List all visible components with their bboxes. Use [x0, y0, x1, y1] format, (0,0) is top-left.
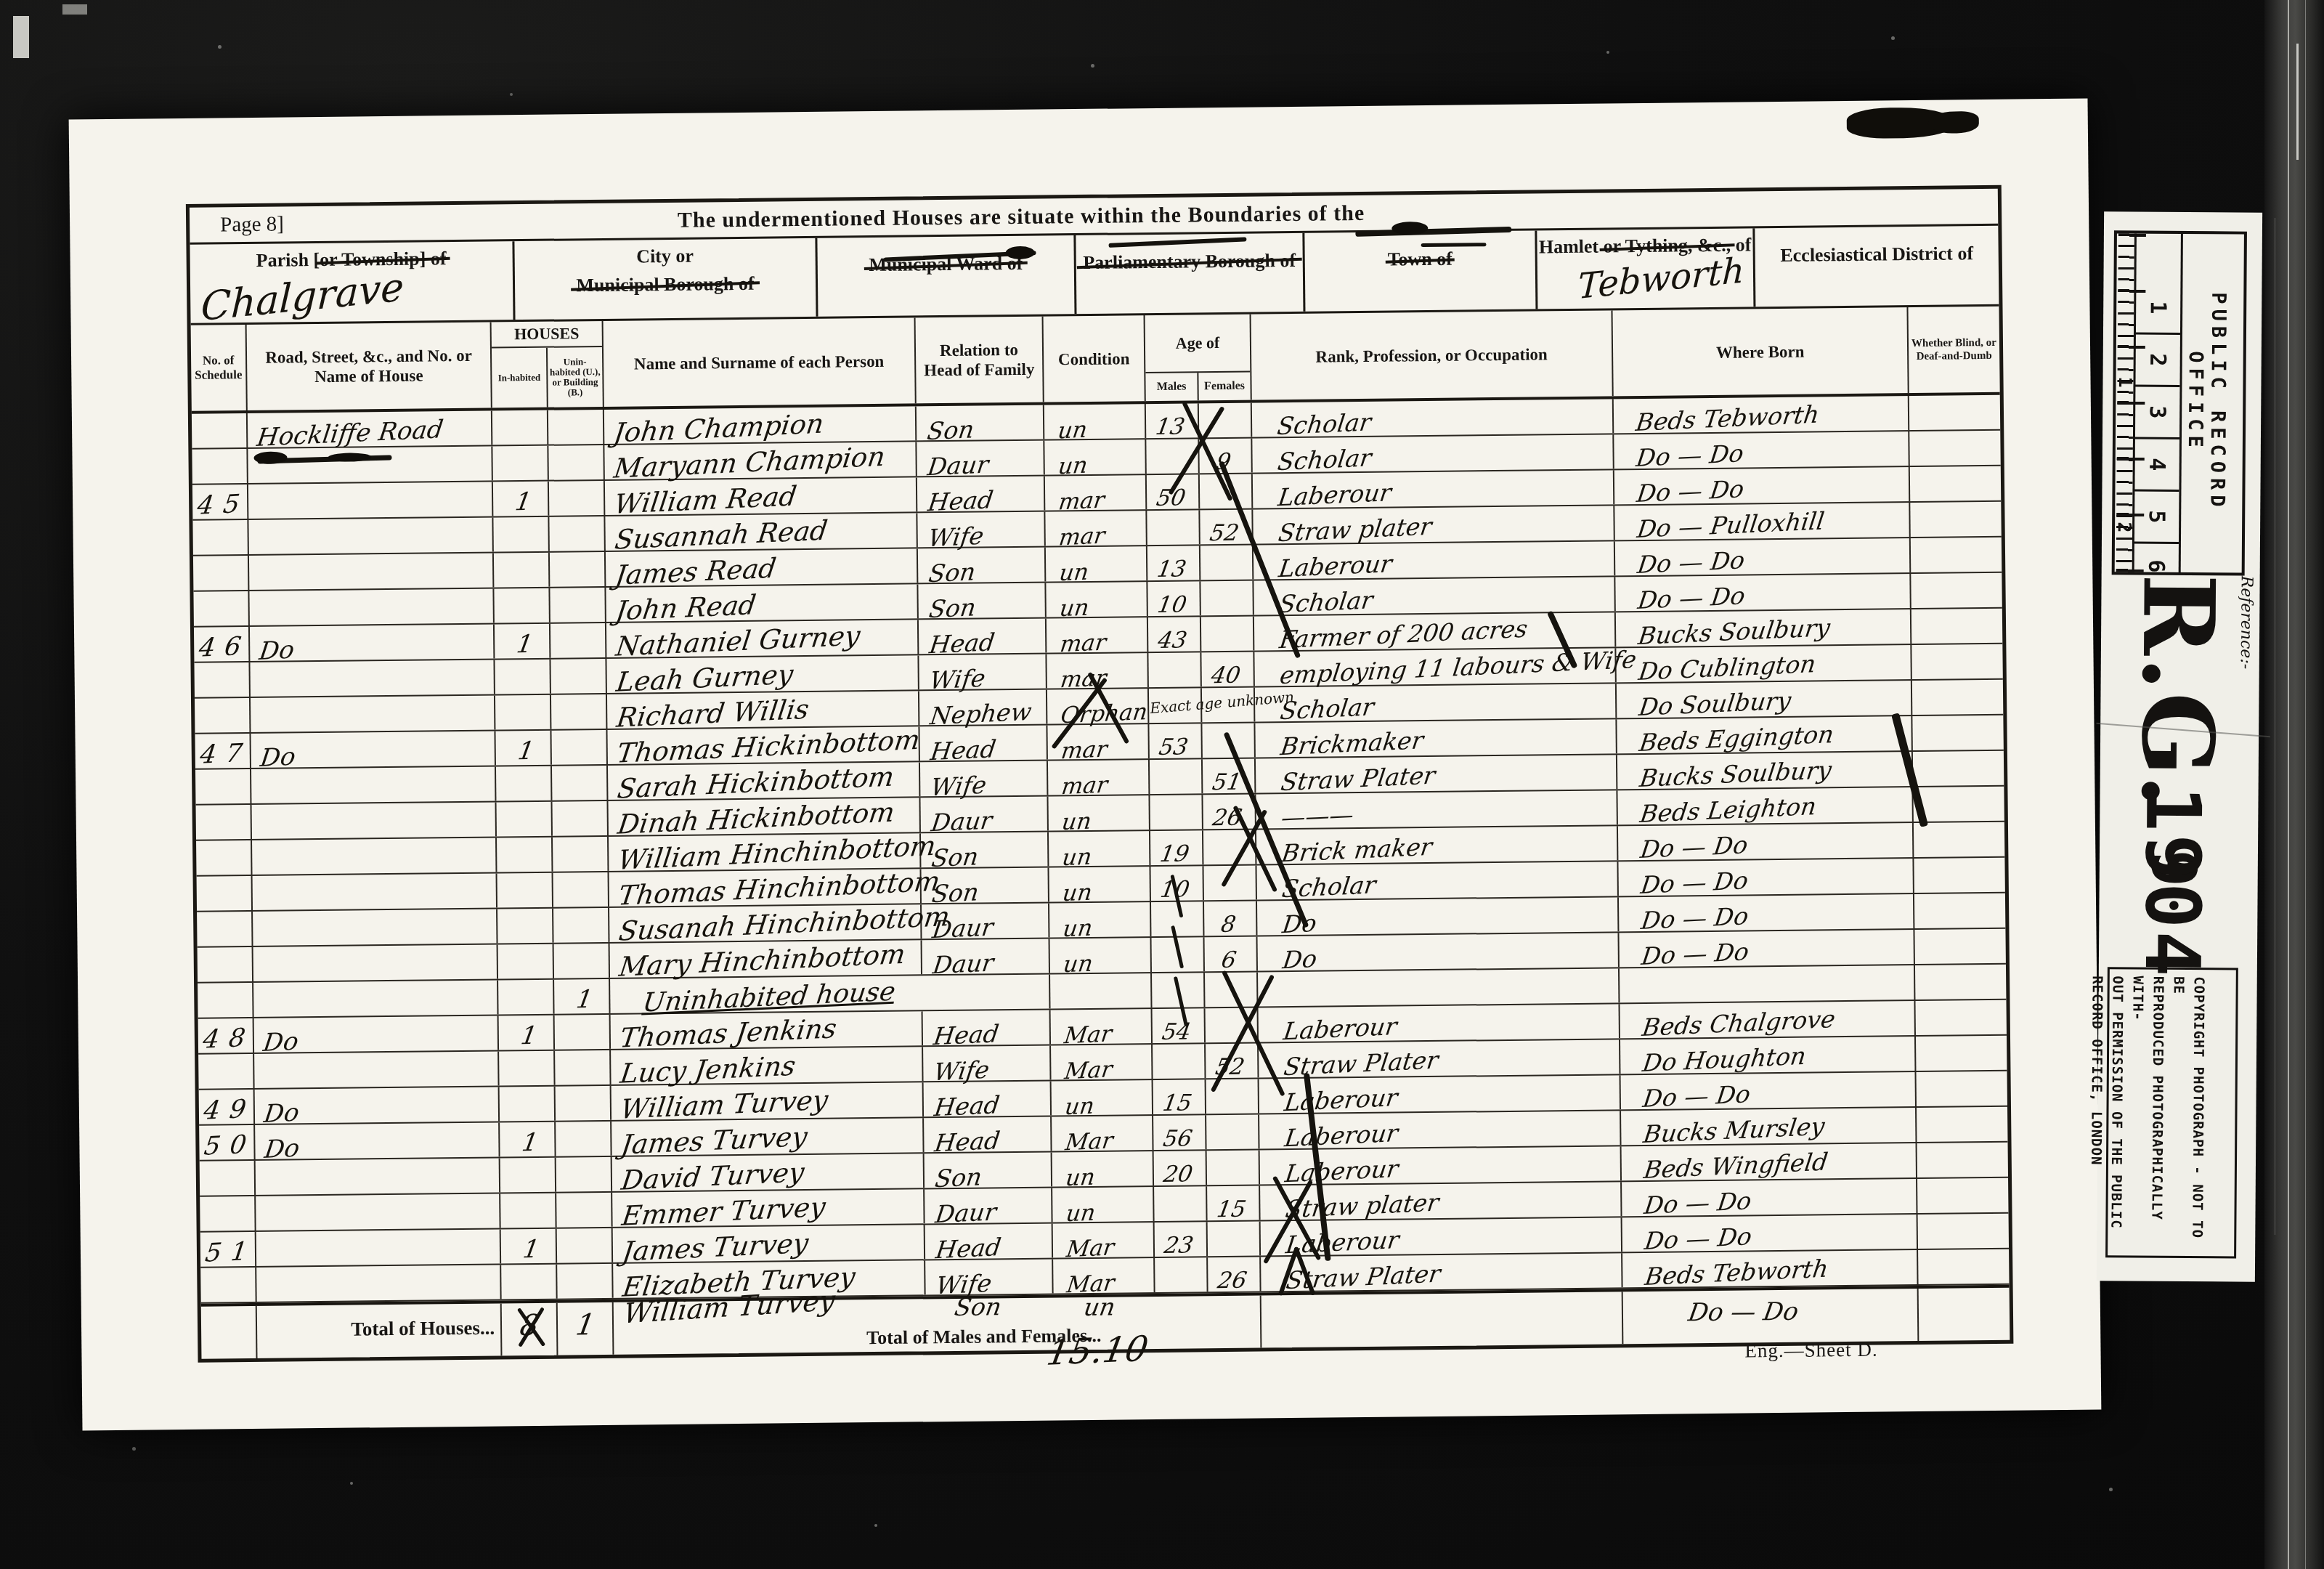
- cell-rel: Head: [917, 477, 1045, 512]
- cell-s: [197, 876, 253, 911]
- cell-c: Mar: [1052, 1116, 1153, 1151]
- cell-rel: Head: [924, 1082, 1052, 1117]
- cell-i: [497, 802, 553, 837]
- entry-u: 1: [574, 985, 594, 1014]
- boundary-city: City or Municipal Borough of: [514, 238, 818, 320]
- cell-n: Mary Hinchinbottom: [610, 940, 922, 978]
- cell-b: Do Soulbury: [1617, 681, 1912, 718]
- entry-b: Do — Do: [1641, 1079, 1752, 1113]
- cell-r: [252, 802, 497, 839]
- totals-males-females-label: Total of Males and Females...: [866, 1325, 1102, 1349]
- entry-s: 45: [195, 490, 251, 521]
- entry-b: Bucks Mursley: [1642, 1112, 1827, 1148]
- entry-c: Mar: [1063, 1056, 1114, 1084]
- cell-o: Straw Plater: [1256, 755, 1617, 792]
- census-sheet: Page 8] The undermentioned Houses are si…: [69, 98, 2102, 1430]
- cell-s: 45: [192, 485, 248, 519]
- entry-m: 56: [1161, 1125, 1194, 1151]
- cell-c: un: [1052, 1080, 1153, 1115]
- cell-x: [1909, 395, 2000, 430]
- entry-c: mar: [1058, 629, 1108, 657]
- film-notch: [13, 16, 29, 58]
- entry-o: Scholar: [1277, 585, 1375, 618]
- cell-c: un: [1044, 404, 1146, 439]
- entry-f: 26: [1216, 1268, 1248, 1294]
- cell-s: [200, 1196, 256, 1231]
- cell-f: [1208, 1222, 1261, 1257]
- cell-b: Beds Leighton: [1617, 787, 1913, 824]
- cell-n: Emmer Turvey: [612, 1189, 925, 1227]
- cell-m: [1153, 1044, 1206, 1079]
- cell-o: Laberour: [1259, 1004, 1620, 1042]
- cell-n: William Turvey: [612, 1082, 924, 1120]
- cell-x: [1917, 1178, 2008, 1213]
- cell-r: [253, 980, 498, 1017]
- boundary-ecclesiastical: Ecclesiastical District of: [1755, 226, 1999, 307]
- overflow-relation: Son: [953, 1292, 1004, 1321]
- cell-rel: Head: [925, 1223, 1053, 1259]
- entry-o: Straw plater: [1277, 512, 1434, 548]
- cell-n: Nathaniel Gurney: [606, 620, 919, 657]
- cell-n: William Read: [605, 477, 917, 515]
- class-reference: R.G.9: [2104, 573, 2236, 821]
- cell-o: Straw plater: [1260, 1182, 1622, 1220]
- cell-c: Mar: [1051, 1045, 1153, 1079]
- col-schedule: No. of Schedule: [191, 325, 248, 411]
- boundary-town: Town of: [1304, 230, 1537, 311]
- col-occupation: Rank, Profession, or Occupation: [1251, 310, 1614, 400]
- cell-rel: Son: [921, 832, 1049, 868]
- cell-s: [196, 840, 252, 875]
- col-age: Age of Males Females: [1145, 315, 1252, 402]
- cell-b: Do — Do: [1615, 538, 1911, 575]
- ruler-inch-1: 1: [2115, 373, 2136, 392]
- cell-r: Hockliffe Road: [248, 411, 492, 448]
- cell-u: [549, 481, 605, 516]
- cell-i: [496, 766, 552, 801]
- cell-r: [253, 944, 498, 981]
- cell-i: [492, 446, 548, 481]
- cell-u: [553, 908, 609, 943]
- cell-x: [1914, 822, 2004, 857]
- cell-i: 1: [500, 1122, 556, 1157]
- cell-n: John Champion: [604, 406, 917, 444]
- entry-b: Do Houghton: [1641, 1042, 1808, 1077]
- entry-b: Do — Do: [1639, 866, 1750, 899]
- cell-i: [497, 873, 553, 908]
- copyright-line: OUT PERMISSION OF THE PUBLIC: [2105, 976, 2128, 1252]
- cell-x: [1918, 1249, 2009, 1284]
- entry-c: un: [1061, 880, 1094, 907]
- cell-x: [1916, 1071, 2007, 1106]
- cell-r: [249, 554, 494, 591]
- cell-x: [1917, 1143, 2008, 1177]
- cell-b: Do — Do: [1618, 859, 1914, 896]
- cell-c: mar: [1047, 724, 1149, 759]
- entry-o: Scholar: [1275, 408, 1373, 440]
- col-condition: Condition: [1044, 315, 1146, 402]
- entry-f: 15: [1215, 1196, 1248, 1223]
- entry-s: 48: [201, 1023, 256, 1055]
- cell-r: [254, 1051, 499, 1088]
- cell-c: un: [1044, 439, 1146, 474]
- entry-n: John Read: [614, 589, 758, 627]
- cell-o: Scholar: [1252, 434, 1614, 472]
- entry-rel: Head: [932, 1019, 1001, 1050]
- cell-n: Lucy Jenkins: [611, 1047, 923, 1084]
- cell-u: [555, 1015, 611, 1050]
- cell-u: [548, 410, 604, 445]
- entry-m: 54: [1160, 1018, 1193, 1045]
- cell-f: 26: [1203, 795, 1256, 830]
- entry-o: Laberour: [1277, 549, 1394, 583]
- entry-o: Scholar: [1278, 692, 1376, 725]
- cell-s: [194, 662, 250, 697]
- cell-f: [1206, 1115, 1259, 1150]
- col-road: Road, Street, &c., and No. or Name of Ho…: [247, 323, 492, 411]
- cell-rel: Head: [923, 1010, 1051, 1046]
- entry-o: Brick maker: [1280, 832, 1434, 867]
- cell-u: [553, 872, 609, 907]
- cell-u: [556, 1193, 612, 1228]
- pen-stroke: [1421, 243, 1487, 247]
- cell-r: Do: [251, 731, 495, 768]
- col-houses: HOUSES In-habited Unin-habited (U.), or …: [492, 321, 604, 408]
- cell-b: Beds Wingfield: [1622, 1143, 1917, 1180]
- cell-i: [494, 588, 550, 623]
- entry-rel: Son: [925, 415, 975, 445]
- cell-i: [500, 1087, 556, 1122]
- cell-rel: Daur: [920, 797, 1048, 832]
- cell-r: Do: [250, 625, 495, 662]
- boundary-hamlet: Hamlet or Tything, &c., of Tebworth: [1537, 228, 1755, 309]
- entry-rel: Wife: [927, 522, 986, 552]
- cell-i: [495, 660, 550, 694]
- cell-c: un: [1046, 546, 1147, 581]
- cell-n: James Turvey: [613, 1225, 925, 1262]
- cell-i: [500, 1193, 556, 1228]
- cell-f: 40: [1201, 652, 1254, 687]
- cell-rel: Head: [924, 1117, 1052, 1153]
- entry-b: Beds Tebworth: [1634, 400, 1821, 437]
- entry-s: 49: [202, 1095, 257, 1126]
- entry-rel: Head: [927, 628, 996, 659]
- piece-number: 1904: [2122, 785, 2218, 975]
- cell-o: Scholar: [1254, 577, 1615, 615]
- cell-o: Brick maker: [1256, 826, 1618, 864]
- cell-u: [551, 694, 607, 729]
- cell-m: 23: [1155, 1222, 1208, 1257]
- entry-b: Bucks Soulbury: [1638, 755, 1833, 792]
- cell-n: James Read: [606, 548, 918, 586]
- record-office-strip: 1 2 1 2 3 4 5 6 PUBLIC RECORD OFFICE Ref…: [2097, 211, 2262, 1281]
- cell-i: 1: [495, 731, 551, 766]
- ink-blot: [1928, 111, 1979, 134]
- entry-o: Straw Plater: [1279, 761, 1437, 797]
- cell-n: John Read: [606, 584, 918, 622]
- entry-o: Laberour: [1283, 1119, 1400, 1152]
- cell-o: Straw Plater: [1259, 1039, 1620, 1077]
- cell-s: 48: [198, 1018, 254, 1053]
- cell-n: Leah Gurney: [606, 655, 919, 693]
- entry-c: un: [1056, 417, 1089, 445]
- cell-r: [250, 660, 495, 697]
- cell-o: Scholar: [1252, 399, 1614, 437]
- cell-i: 1: [493, 482, 549, 516]
- cell-i: [500, 1158, 556, 1193]
- entry-o: Scholar: [1276, 443, 1373, 476]
- entry-f: 40: [1209, 662, 1242, 689]
- cell-u: [550, 659, 606, 694]
- ruler-cm-5: 5: [2143, 494, 2169, 539]
- cell-x: [1918, 1214, 2009, 1249]
- cell-r: [249, 589, 494, 626]
- cell-u: [551, 730, 607, 765]
- cell-f: [1201, 617, 1254, 652]
- parish-value: Chalgrave: [200, 264, 405, 330]
- entry-rel: Nephew: [928, 697, 1033, 730]
- cell-m: 10: [1147, 581, 1200, 616]
- cell-n: Sarah Hickinbottom: [608, 762, 920, 800]
- cell-o: Scholar: [1256, 861, 1618, 899]
- cell-b: Do — Do: [1614, 467, 1910, 504]
- entry-b: Do — Do: [1635, 474, 1745, 508]
- cell-x: [1910, 502, 2001, 537]
- entry-i: 1: [519, 1128, 540, 1157]
- cell-c: mar: [1048, 760, 1150, 795]
- cell-f: 8: [1204, 901, 1257, 936]
- cell-rel: Nephew: [919, 690, 1047, 726]
- entry-m: 23: [1162, 1232, 1195, 1258]
- entry-s: 47: [198, 739, 253, 770]
- entry-s: 46: [197, 632, 252, 663]
- entry-o: Farmer of 200 acres: [1277, 615, 1529, 654]
- cell-c: mar: [1045, 511, 1147, 546]
- microfilm-scan: Page 8] The undermentioned Houses are si…: [0, 0, 2324, 1569]
- col-born: Where Born: [1612, 307, 1909, 396]
- entry-c: Mar: [1064, 1127, 1115, 1156]
- cell-u: [556, 1157, 612, 1192]
- cell-u: [548, 445, 604, 480]
- cell-s: 46: [194, 627, 250, 662]
- cell-b: Do — Do: [1619, 930, 1914, 967]
- cell-u: [549, 516, 605, 551]
- cell-m: 15: [1153, 1079, 1206, 1114]
- entry-b: Do — Do: [1636, 581, 1747, 615]
- cell-x: [1911, 609, 2002, 644]
- cell-s: [198, 983, 253, 1018]
- cell-rel: Wife: [919, 654, 1047, 690]
- cell-rel: Wife: [923, 1046, 1051, 1082]
- overflow-condition: un: [1082, 1293, 1118, 1322]
- entry-r: Do: [258, 636, 296, 666]
- cell-o: Laberour: [1253, 470, 1614, 508]
- cell-n: Richard Willis: [607, 691, 919, 729]
- col-relation: Relation to Head of Family: [916, 317, 1044, 404]
- copyright-text: COPYRIGHT PHOTOGRAPH - NOT TO BE REPRODU…: [2120, 976, 2209, 1252]
- entry-c: un: [1062, 915, 1094, 943]
- cell-rel: Son: [918, 548, 1046, 583]
- cell-b: Do — Do: [1615, 574, 1911, 611]
- entry-b: Do — Do: [1638, 830, 1749, 864]
- col-blind: Whether Blind, or Deaf-and-Dumb: [1908, 307, 1999, 393]
- entry-rel: Wife: [930, 771, 988, 801]
- entry-r: Do: [259, 742, 297, 773]
- cell-rel: Son: [925, 1153, 1052, 1188]
- entry-i: 1: [513, 487, 533, 516]
- entry-c: mar: [1057, 523, 1107, 551]
- age-label: Age of: [1145, 315, 1251, 374]
- cell-c: un: [1048, 795, 1150, 830]
- entry-rel: Wife: [933, 1055, 991, 1086]
- houses-label: HOUSES: [492, 321, 602, 349]
- cell-i: 1: [495, 624, 550, 659]
- cell-s: 51: [200, 1232, 256, 1267]
- class-label: R.G.: [2119, 573, 2236, 810]
- entry-rel: Wife: [928, 664, 987, 694]
- entry-c: mar: [1060, 736, 1109, 764]
- cell-b: Do — Do: [1622, 1215, 1918, 1252]
- entry-c: un: [1063, 1092, 1096, 1120]
- cell-m: 54: [1153, 1008, 1206, 1043]
- entry-m: 15: [1161, 1090, 1193, 1116]
- cell-o: Do: [1257, 933, 1619, 970]
- entry-o: employing 11 labours & Wife: [1278, 645, 1638, 689]
- cell-u: [556, 1086, 612, 1121]
- entry-m: 13: [1153, 414, 1186, 440]
- cell-i: [499, 1051, 555, 1086]
- cell-s: [200, 1268, 256, 1302]
- entry-m: 19: [1158, 840, 1191, 867]
- cell-f: [1200, 546, 1254, 580]
- entry-o: Laberour: [1282, 1012, 1399, 1045]
- cell-m: [1148, 652, 1201, 687]
- cell-f: 6: [1204, 937, 1257, 972]
- cell-u: [557, 1228, 613, 1263]
- cell-c: mar: [1047, 653, 1148, 688]
- cell-b: Beds Chalgrove: [1620, 1001, 1915, 1038]
- cell-b: Do — Do: [1621, 1072, 1917, 1109]
- town-struck: Town of: [1387, 247, 1452, 272]
- entry-rel: Head: [934, 1233, 1003, 1264]
- cell-n: James Turvey: [612, 1118, 924, 1156]
- entry-r: Do: [263, 1134, 301, 1164]
- cell-x: [1913, 787, 2004, 822]
- cell-x: [1909, 431, 2000, 466]
- entry-o: Laberour: [1283, 1083, 1399, 1116]
- copyright-line: REPRODUCED PHOTOGRAPHICALLY WITH-: [2126, 976, 2169, 1252]
- cell-b: Do Houghton: [1620, 1037, 1916, 1074]
- entry-c: un: [1065, 1199, 1097, 1227]
- cell-m: [1150, 795, 1203, 830]
- entry-b: Do — Do: [1643, 1186, 1753, 1220]
- cell-rel: Daur: [917, 441, 1044, 477]
- cell-r: [248, 518, 493, 555]
- cell-c: un: [1052, 1151, 1154, 1186]
- cell-b: Beds Tebworth: [1622, 1250, 1918, 1287]
- cell-b: Beds Eggington: [1617, 716, 1912, 753]
- cell-i: [493, 517, 549, 552]
- cell-n: David Turvey: [612, 1154, 925, 1191]
- cell-u: [550, 588, 606, 623]
- cell-s: [197, 912, 253, 946]
- cell-s: [198, 947, 253, 982]
- cell-r: [248, 447, 492, 484]
- entry-c: mar: [1060, 771, 1110, 800]
- cell-b: Beds Tebworth: [1614, 396, 1909, 433]
- entry-f: 8: [1219, 912, 1238, 938]
- entry-rel: Head: [926, 485, 995, 516]
- hamlet-label: Hamlet: [1539, 235, 1604, 257]
- cell-o: Scholar: [1255, 684, 1617, 721]
- cell-c: mar: [1047, 617, 1148, 652]
- cell-r: [251, 695, 495, 732]
- cell-x: [1914, 929, 2005, 964]
- entry-rel: Daur: [931, 912, 996, 944]
- ruler-cm-3: 3: [2144, 389, 2169, 434]
- boundary-ward: Municipal Ward of: [817, 235, 1076, 317]
- entry-m: 43: [1155, 627, 1188, 653]
- cell-s: [196, 805, 252, 840]
- col-uninhabited: Unin-habited (U.), or Building (B.): [548, 347, 603, 408]
- cell-c: un: [1049, 867, 1150, 901]
- cell-f: [1207, 1151, 1260, 1185]
- cell-c: [1050, 973, 1152, 1008]
- entry-b: Do — Do: [1643, 1222, 1753, 1255]
- entry-f: 6: [1219, 947, 1238, 973]
- entry-c: un: [1060, 808, 1093, 836]
- city-label: City or: [514, 238, 815, 269]
- cell-u: [553, 837, 609, 872]
- cell-n: Uninhabited house: [610, 975, 1050, 1013]
- col-females: Females: [1198, 373, 1250, 401]
- cell-rel: Son: [917, 405, 1044, 441]
- cell-x: [1914, 858, 2004, 893]
- cell-s: 50: [199, 1125, 255, 1160]
- cell-r: [253, 873, 497, 910]
- entry-b: Beds Tebworth: [1644, 1254, 1830, 1291]
- entry-o: Laberour: [1283, 1154, 1400, 1188]
- cell-c: Mar: [1053, 1223, 1155, 1257]
- cell-x: [1911, 644, 2002, 679]
- entry-c: un: [1061, 844, 1094, 872]
- cell-o: Straw Plater: [1261, 1253, 1622, 1291]
- entry-o: Brickmaker: [1279, 726, 1425, 761]
- cell-rel: Wife: [917, 512, 1045, 548]
- cell-i: [497, 909, 553, 944]
- cell-rel: Daur: [925, 1188, 1052, 1224]
- cell-rel: Head: [919, 619, 1047, 654]
- cell-o: Straw plater: [1253, 506, 1614, 543]
- entry-rel: Daur: [926, 450, 991, 481]
- cell-rel: Head: [919, 726, 1047, 761]
- entry-b: Do — Do: [1635, 439, 1745, 472]
- cell-s: [200, 1161, 256, 1196]
- cell-m: 19: [1150, 830, 1203, 865]
- cell-x: [1916, 1036, 2007, 1071]
- cell-b: Bucks Soulbury: [1617, 752, 1913, 789]
- cell-u: [550, 623, 606, 658]
- copyright-line: COPYRIGHT PHOTOGRAPH - NOT TO BE: [2166, 976, 2209, 1252]
- cell-s: [195, 698, 251, 733]
- cell-r: [256, 1265, 501, 1302]
- entry-b: Do — Do: [1639, 901, 1750, 935]
- entry-b: Do Soulbury: [1637, 686, 1792, 721]
- cell-s: [192, 520, 248, 555]
- cell-i: [497, 838, 553, 872]
- record-office-label: PUBLIC RECORD OFFICE: [2185, 238, 2230, 566]
- cell-m: [1154, 1186, 1207, 1221]
